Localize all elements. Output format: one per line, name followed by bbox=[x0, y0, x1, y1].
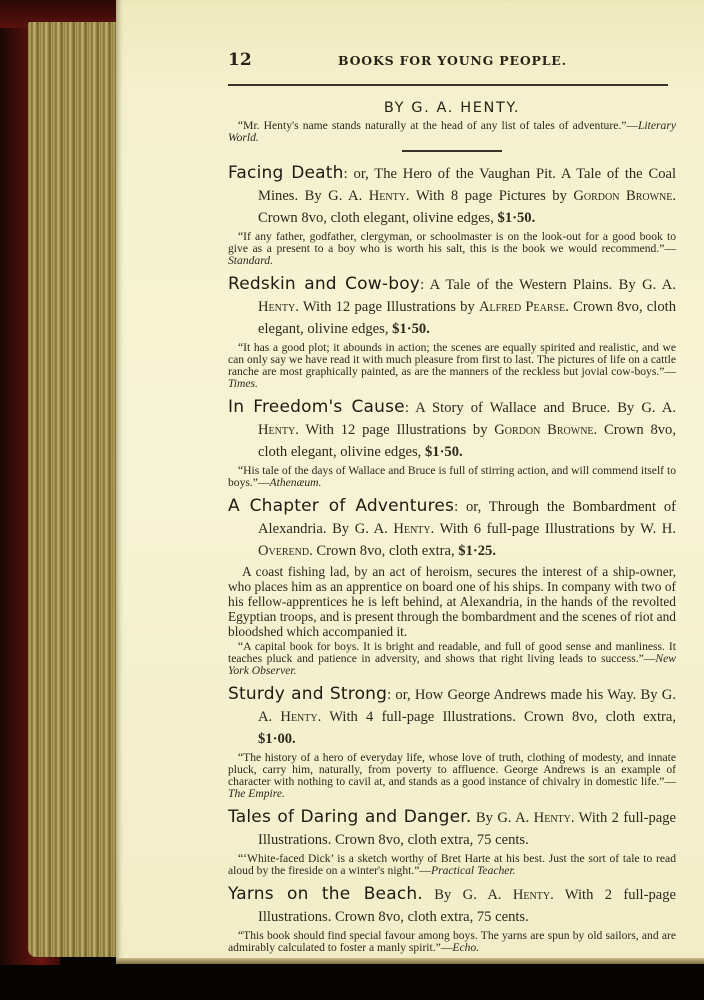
book-title: Yarns on the Beach. bbox=[228, 884, 423, 904]
book-entry: Redskin and Cow-boy: A Tale of the Weste… bbox=[228, 273, 676, 390]
review-source: Times. bbox=[228, 377, 258, 390]
book-illustrator: Alfred Pearse. bbox=[479, 299, 569, 315]
title-separator: : bbox=[344, 166, 354, 182]
book-price: $1·50. bbox=[425, 444, 463, 460]
book-title: Tales of Daring and Danger. bbox=[228, 807, 472, 827]
title-separator bbox=[423, 887, 434, 903]
intro-quote: “Mr. Henty's name stands naturally at th… bbox=[228, 120, 676, 144]
entry-heading: Facing Death: or, The Hero of the Vaugha… bbox=[228, 162, 676, 229]
book-author: G. A. Henty. bbox=[497, 810, 574, 826]
book-entry: A Chapter of Adventures: or, Through the… bbox=[228, 495, 676, 677]
book-entry: In Freedom's Cause: A Story of Wallace a… bbox=[228, 396, 676, 489]
book-entry: Yarns on the Beach. By G. A. Henty. With… bbox=[228, 883, 676, 954]
review-text: “A capital book for boys. It is bright a… bbox=[228, 640, 676, 665]
book-details: With 12 page Illustrations by bbox=[299, 422, 494, 438]
review-source: The Empire. bbox=[228, 787, 285, 800]
book-details: With 4 full-page Illustrations. Crown 8v… bbox=[321, 709, 676, 725]
review-text: “The history of a hero of everyday life,… bbox=[228, 751, 676, 788]
review-quote: “It has a good plot; it abounds in actio… bbox=[228, 342, 676, 390]
review-quote: “His tale of the days of Wallace and Bru… bbox=[228, 465, 676, 489]
book-details: With 6 full-page Illustrations by W. H. bbox=[434, 521, 676, 537]
entry-heading: Redskin and Cow-boy: A Tale of the Weste… bbox=[228, 273, 676, 340]
book-subtitle: or, How George Andrews made his Way. By bbox=[395, 687, 661, 703]
page-bottom-edge bbox=[116, 958, 704, 964]
review-quote: “If any father, godfather, clergyman, or… bbox=[228, 231, 676, 267]
book-subtitle: By bbox=[434, 887, 462, 903]
book-entry: Sturdy and Strong: or, How George Andrew… bbox=[228, 683, 676, 800]
review-text: “If any father, godfather, clergyman, or… bbox=[228, 230, 676, 255]
review-text: “It has a good plot; it abounds in actio… bbox=[228, 341, 676, 378]
book-price: $1·00. bbox=[258, 731, 296, 747]
book-title: A Chapter of Adventures bbox=[228, 496, 454, 516]
book-entry: Tales of Daring and Danger. By G. A. Hen… bbox=[228, 806, 676, 877]
entry-heading: Sturdy and Strong: or, How George Andrew… bbox=[228, 683, 676, 750]
entry-heading: A Chapter of Adventures: or, Through the… bbox=[228, 495, 676, 562]
book-details: With 8 page Pictures by bbox=[410, 188, 574, 204]
book-author: G. A. Henty. bbox=[328, 188, 409, 204]
book-title: Facing Death bbox=[228, 163, 344, 183]
book-binding: Crown 8vo, cloth elegant, olivine edges, bbox=[258, 210, 498, 226]
review-source: Athenæum. bbox=[270, 476, 322, 489]
book-illustrator: Gordon Browne. bbox=[573, 188, 676, 204]
book-details: With 12 page Illustrations by bbox=[299, 299, 479, 315]
book-description: A coast fishing lad, by an act of herois… bbox=[228, 564, 676, 639]
book-price: $1·50. bbox=[498, 210, 536, 226]
header-rule bbox=[228, 84, 668, 86]
book-author: G. A. Henty. bbox=[463, 887, 554, 903]
book-author: G. A. Henty. bbox=[355, 521, 435, 537]
book-illustrator: Overend. bbox=[258, 543, 313, 559]
review-source: Practical Teacher. bbox=[431, 864, 516, 877]
page-content: 12 BOOKS FOR YOUNG PEOPLE. BY G. A. HENT… bbox=[228, 50, 676, 954]
section-rule bbox=[402, 150, 502, 152]
author-heading: BY G. A. HENTY. bbox=[228, 100, 676, 116]
book-subtitle: A Tale of the Western Plains. By bbox=[430, 277, 642, 293]
book-list: Facing Death: or, The Hero of the Vaugha… bbox=[228, 162, 676, 954]
entry-heading: Yarns on the Beach. By G. A. Henty. With… bbox=[228, 883, 676, 928]
review-quote: “The history of a hero of everyday life,… bbox=[228, 752, 676, 800]
book-binding: Crown 8vo, cloth extra, bbox=[313, 543, 459, 559]
book-illustrator: Gordon Browne. bbox=[494, 422, 597, 438]
book-price: $1·50. bbox=[392, 321, 430, 337]
running-head: BOOKS FOR YOUNG PEOPLE. bbox=[338, 53, 567, 68]
review-quote: “‘White-faced Dick’ is a sketch worthy o… bbox=[228, 853, 676, 877]
review-quote: “A capital book for boys. It is bright a… bbox=[228, 641, 676, 677]
title-separator: : bbox=[454, 499, 466, 515]
review-source: Echo. bbox=[452, 941, 479, 954]
review-source: Standard. bbox=[228, 254, 273, 267]
book-subtitle: A Story of Wallace and Bruce. By bbox=[415, 400, 641, 416]
title-separator: : bbox=[420, 277, 430, 293]
page-number: 12 bbox=[228, 50, 338, 70]
book-price: $1·25. bbox=[458, 543, 496, 559]
entry-heading: Tales of Daring and Danger. By G. A. Hen… bbox=[228, 806, 676, 851]
entry-heading: In Freedom's Cause: A Story of Wallace a… bbox=[228, 396, 676, 463]
book-entry: Facing Death: or, The Hero of the Vaugha… bbox=[228, 162, 676, 267]
book-subtitle: By bbox=[476, 810, 497, 826]
title-separator: : bbox=[405, 400, 415, 416]
page-header: 12 BOOKS FOR YOUNG PEOPLE. bbox=[228, 50, 676, 80]
book-title: In Freedom's Cause bbox=[228, 397, 405, 417]
book-title: Redskin and Cow-boy bbox=[228, 274, 420, 294]
page-edges bbox=[28, 22, 116, 957]
book-title: Sturdy and Strong bbox=[228, 684, 387, 704]
review-quote: “This book should find special favour am… bbox=[228, 930, 676, 954]
